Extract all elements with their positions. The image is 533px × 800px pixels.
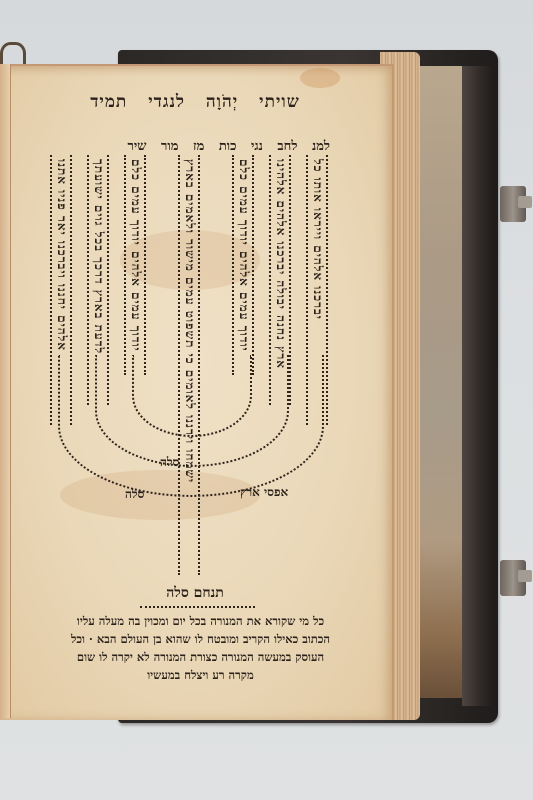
- branch-text: יודוך עמים אלהים יודוך עמים כלם: [236, 159, 251, 352]
- menorah-branch: יברכנו אלהים וייראו אותו כל: [306, 155, 328, 425]
- footer-line: הכתוב כאילו הקריב ומובטח לו שהוא בן העול…: [48, 630, 353, 648]
- branch-text: ארץ נחנה יבולה יברכנו אלהים אלהינו: [273, 159, 288, 369]
- menorah-branch: יודוך עמים אלהים יודוך עמים כלם: [124, 155, 146, 375]
- footer-line: כל מי שקורא את המנורה בכל יום ומכוין בה …: [48, 612, 353, 630]
- menorah-center-stem: ישמחו וירננו לאומים כי תשפוט עמים מישור …: [178, 155, 200, 575]
- menorah-branch: לדעת בארץ דרכך בכל גוים ישועתך: [87, 155, 109, 405]
- arc-word: סלה: [125, 487, 144, 502]
- branch-text: ישמחו וירננו לאומים כי תשפוט עמים מישור …: [182, 159, 197, 483]
- menorah-column-heads: למנ לחב נגי כות מז מור שיר: [55, 138, 330, 154]
- clasp-hinge-bottom: [500, 560, 526, 596]
- menorah-branch: אלהים יחננו ויברכנו יאר פניו אתנו: [50, 155, 72, 425]
- menorah-figure: אלהים יחננו ויברכנו יאר פניו אתנו לדעת ב…: [50, 155, 330, 585]
- page-left-edge: [0, 64, 11, 718]
- branch-text: יברכנו אלהים וייראו אותו כל: [310, 159, 325, 320]
- footer-paragraph: כל מי שקורא את המנורה בכל יום ומכוין בה …: [48, 612, 353, 684]
- branch-text: לדעת בארץ דרכך בכל גוים ישועתך: [91, 159, 106, 354]
- branch-text: יודוך עמים אלהים יודוך עמים כלם: [128, 159, 143, 352]
- leather-spine: [462, 66, 494, 706]
- footer-line: מקרה רע ויצלח במעשיו: [48, 666, 353, 684]
- menorah-branch: יודוך עמים אלהים יודוך עמים כלם: [232, 155, 254, 375]
- arc-word: סלה: [160, 455, 179, 470]
- footer-line: העוסק במעשה המנורה כצורת המנורה לא יקרה …: [48, 648, 353, 666]
- clasp-hinge-top: [500, 186, 526, 222]
- footer-title: תנחם סלה: [120, 585, 270, 602]
- shiviti-heading: שויתי יְהֹוָה לנגדי תמיד: [60, 92, 330, 112]
- branch-text: אלהים יחננו ויברכנו יאר פניו אתנו: [54, 159, 69, 351]
- decorative-rule: [140, 603, 255, 608]
- arc-word: אפסי ארץ: [240, 485, 288, 500]
- paper-stain: [300, 68, 340, 88]
- menorah-branch: ארץ נחנה יבולה יברכנו אלהים אלהינו: [269, 155, 291, 405]
